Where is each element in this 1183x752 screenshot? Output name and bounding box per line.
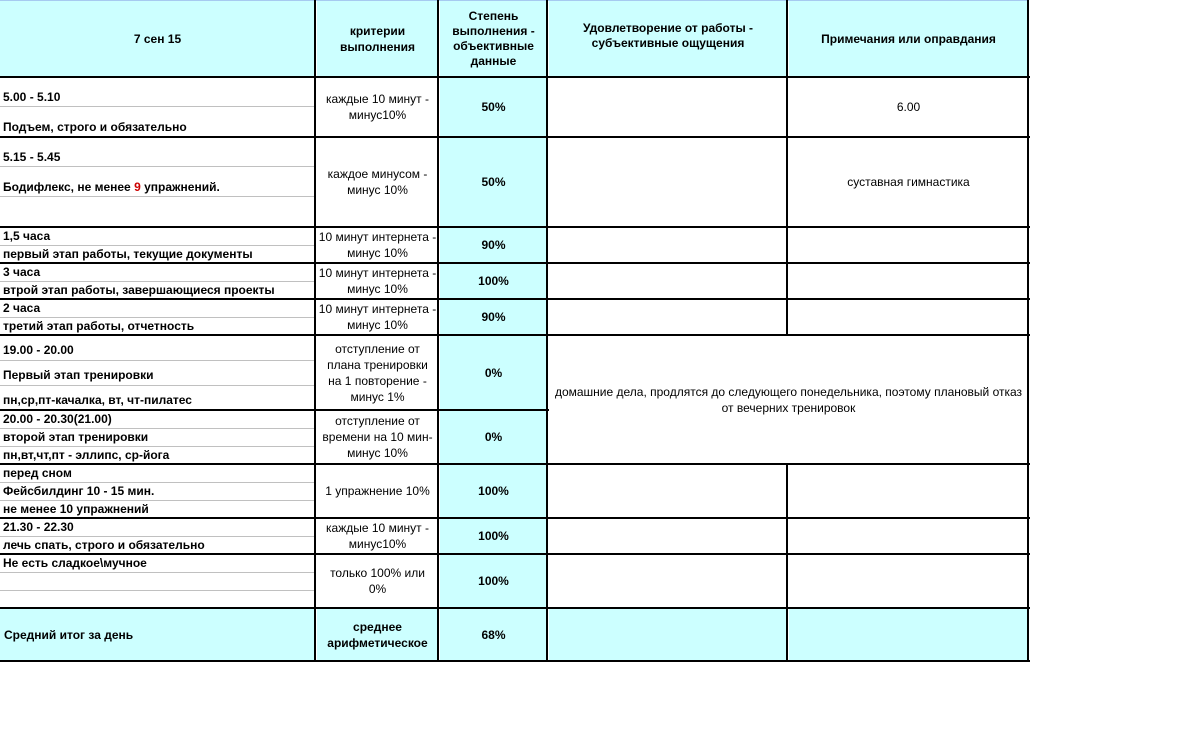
- row4-criteria[interactable]: 10 минут интернета - минус 10%: [317, 264, 438, 298]
- border: [437, 0, 439, 662]
- row10-degree[interactable]: 100%: [440, 555, 547, 607]
- row4-satisfaction[interactable]: [549, 264, 787, 298]
- summary-satisfaction[interactable]: [549, 609, 787, 661]
- border: [0, 553, 1030, 555]
- training-merged-note[interactable]: домашние дела, продлятся до следующего п…: [549, 336, 1028, 463]
- row7-criteria[interactable]: отступление от времени на 10 мин- минус …: [317, 411, 438, 463]
- row7-degree[interactable]: 0%: [440, 411, 547, 463]
- row3-task[interactable]: 1,5 часа первый этап работы, текущие док…: [0, 228, 315, 262]
- row5-satisfaction[interactable]: [549, 300, 787, 334]
- header-satisfaction[interactable]: Удовлетворение от работы - субъективные …: [549, 1, 787, 76]
- row10-desc: Не есть сладкое\мучное: [3, 555, 147, 571]
- row5-notes[interactable]: [789, 300, 1028, 334]
- row8-desc: Фейсбилдинг 10 - 15 мин.: [3, 483, 154, 499]
- header-criteria[interactable]: критерии выполнения: [317, 1, 438, 76]
- row9-degree[interactable]: 100%: [440, 519, 547, 553]
- grid-line: [0, 385, 315, 386]
- row2-task[interactable]: 5.15 - 5.45 Бодифлекс, не менее 9 упражн…: [0, 138, 315, 226]
- row2-degree[interactable]: 50%: [440, 138, 547, 226]
- row9-notes[interactable]: [789, 519, 1028, 553]
- row6-degree[interactable]: 0%: [440, 336, 547, 409]
- row8-notes[interactable]: [789, 465, 1028, 517]
- row10-task[interactable]: Не есть сладкое\мучное: [0, 555, 315, 607]
- row5-time: 2 часа: [3, 300, 40, 316]
- row10-notes[interactable]: [789, 555, 1028, 607]
- row2-time: 5.15 - 5.45: [3, 149, 60, 165]
- row8-degree[interactable]: 100%: [440, 465, 547, 517]
- grid-line: [0, 590, 315, 591]
- row9-desc: лечь спать, строго и обязательно: [3, 537, 205, 553]
- border: [786, 463, 788, 662]
- row9-criteria[interactable]: каждые 10 минут - минус10%: [317, 519, 438, 553]
- summary-criteria[interactable]: среднее арифметическое: [317, 609, 438, 661]
- row4-task[interactable]: 3 часа втрой этап работы, завершающиеся …: [0, 264, 315, 298]
- row1-degree[interactable]: 50%: [440, 78, 547, 136]
- header-date[interactable]: 7 сен 15: [0, 1, 315, 76]
- row2-desc: Бодифлекс, не менее 9 упражнений.: [3, 179, 220, 195]
- border: [0, 463, 1030, 465]
- spreadsheet: 7 сен 15 критерии выполнения Степень вып…: [0, 0, 1183, 752]
- row8-task[interactable]: перед сном Фейсбилдинг 10 - 15 мин. не м…: [0, 465, 315, 517]
- row7-schedule: пн,вт,чт,пт - эллипс, ср-йога: [3, 447, 169, 463]
- row10-criteria[interactable]: только 100% или 0%: [317, 555, 438, 607]
- row5-degree[interactable]: 90%: [440, 300, 547, 334]
- border: [786, 0, 788, 335]
- row9-satisfaction[interactable]: [549, 519, 787, 553]
- row8-satisfaction[interactable]: [549, 465, 787, 517]
- border: [0, 262, 1030, 264]
- row3-notes[interactable]: [789, 228, 1028, 262]
- row7-desc: второй этап тренировки: [3, 429, 148, 445]
- row8-criteria[interactable]: 1 упражнение 10%: [317, 465, 438, 517]
- row6-time: 19.00 - 20.00: [3, 342, 74, 358]
- border: [0, 334, 1030, 336]
- header-notes[interactable]: Примечания или оправдания: [789, 1, 1028, 76]
- row3-time: 1,5 часа: [3, 228, 50, 244]
- highlight-count: 9: [134, 180, 141, 194]
- row3-desc: первый этап работы, текущие документы: [3, 246, 253, 262]
- border: [0, 136, 1030, 138]
- grid-line: [0, 166, 315, 167]
- row5-task[interactable]: 2 часа третий этап работы, отчетность: [0, 300, 315, 334]
- grid-line: [0, 572, 315, 573]
- row6-criteria[interactable]: отступление от плана тренировки на 1 пов…: [317, 336, 438, 409]
- grid-line: [0, 196, 315, 197]
- grid-line: [0, 360, 315, 361]
- border: [0, 226, 1030, 228]
- row8-time: перед сном: [3, 465, 72, 481]
- border: [0, 298, 1030, 300]
- row1-task[interactable]: 5.00 - 5.10 Подъем, строго и обязательно: [0, 78, 315, 136]
- row5-criteria[interactable]: 10 минут интернета - минус 10%: [317, 300, 438, 334]
- row4-desc: втрой этап работы, завершающиеся проекты: [3, 282, 275, 298]
- row1-notes[interactable]: 6.00: [789, 78, 1028, 136]
- summary-degree[interactable]: 68%: [440, 609, 547, 661]
- row9-task[interactable]: 21.30 - 22.30 лечь спать, строго и обяза…: [0, 519, 315, 553]
- row4-notes[interactable]: [789, 264, 1028, 298]
- row7-time: 20.00 - 20.30(21.00): [3, 411, 112, 427]
- row3-degree[interactable]: 90%: [440, 228, 547, 262]
- row3-criteria[interactable]: 10 минут интернета - минус 10%: [317, 228, 438, 262]
- row2-satisfaction[interactable]: [549, 138, 787, 226]
- row3-satisfaction[interactable]: [549, 228, 787, 262]
- header-degree[interactable]: Степень выполнения - объективные данные: [440, 1, 547, 76]
- row4-degree[interactable]: 100%: [440, 264, 547, 298]
- border: [0, 409, 549, 411]
- border: [0, 76, 1030, 78]
- row1-desc: Подъем, строго и обязательно: [3, 119, 187, 135]
- row6-schedule: пн,ср,пт-качалка, вт, чт-пилатес: [3, 392, 192, 408]
- row2-notes[interactable]: суставная гимнастика: [789, 138, 1028, 226]
- summary-notes[interactable]: [789, 609, 1028, 661]
- row9-time: 21.30 - 22.30: [3, 519, 74, 535]
- row6-desc: Первый этап тренировки: [3, 367, 154, 383]
- border: [0, 607, 1030, 609]
- row1-time: 5.00 - 5.10: [3, 89, 60, 105]
- row7-task[interactable]: 20.00 - 20.30(21.00) второй этап трениро…: [0, 411, 315, 463]
- border: [1027, 0, 1029, 662]
- border: [0, 660, 1030, 662]
- row8-detail: не менее 10 упражнений: [3, 501, 149, 517]
- row1-criteria[interactable]: каждые 10 минут - минус10%: [317, 78, 438, 136]
- row2-criteria[interactable]: каждое минусом - минус 10%: [317, 138, 438, 226]
- grid-line: [0, 106, 315, 107]
- row4-time: 3 часа: [3, 264, 40, 280]
- row1-satisfaction[interactable]: [549, 78, 787, 136]
- row10-satisfaction[interactable]: [549, 555, 787, 607]
- border: [0, 517, 1030, 519]
- summary-label[interactable]: Средний итог за день: [0, 609, 315, 661]
- border: [546, 0, 548, 662]
- row6-task[interactable]: 19.00 - 20.00 Первый этап тренировки пн,…: [0, 336, 315, 409]
- border: [314, 0, 316, 662]
- row5-desc: третий этап работы, отчетность: [3, 318, 194, 334]
